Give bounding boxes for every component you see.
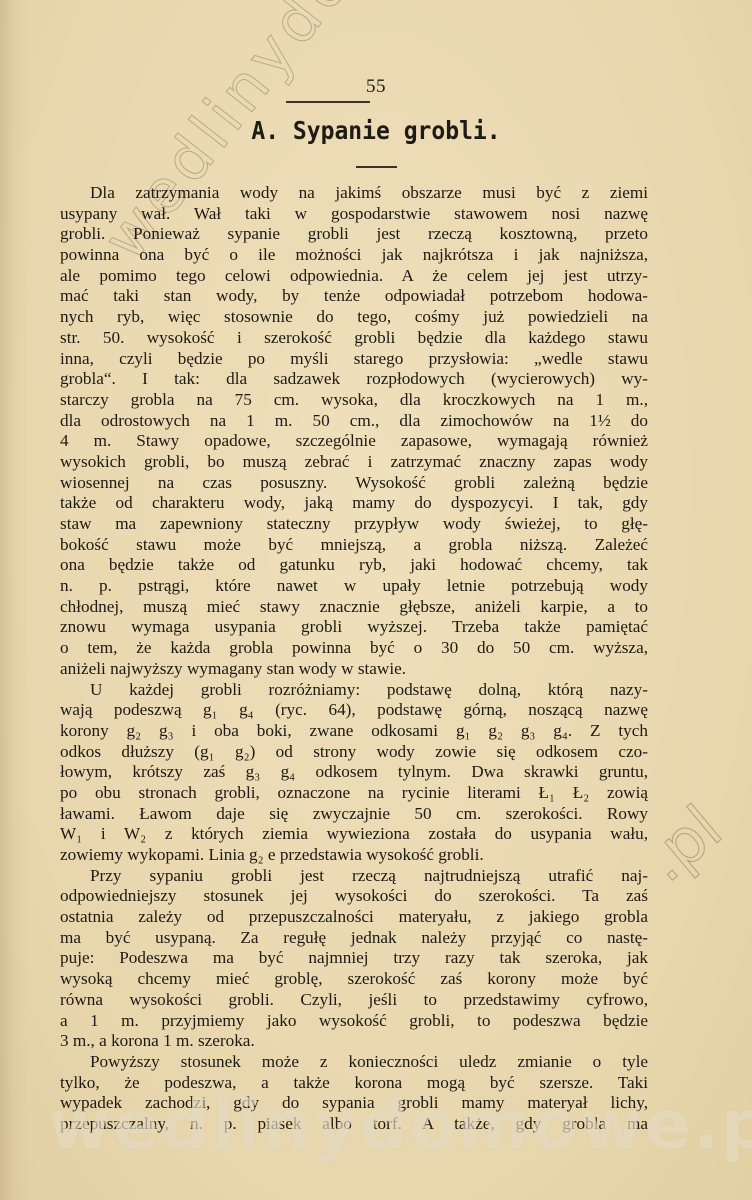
text-line: równa wysokości grobli. Czyli, jeśli to … xyxy=(60,990,648,1011)
text-line: usypany wał. Wał taki w gospodarstwie st… xyxy=(60,204,648,225)
text-line: a 1 m. przyjmiemy jako wysokość grobli, … xyxy=(60,1011,648,1032)
text-line: odpowiedniejszy stosunek jej wysokości d… xyxy=(60,886,648,907)
paragraph-1: Dla zatrzymania wody na jakimś obszarze … xyxy=(60,183,648,680)
paragraph-2: U każdej grobli rozróżniamy: podstawę do… xyxy=(60,680,648,866)
text-line: także od charakteru wody, jaką mamy do d… xyxy=(60,493,648,514)
text-line: wypadek zachodzi, gdy do sypania grobli … xyxy=(60,1093,648,1114)
title-rule xyxy=(356,166,397,168)
text-line: ale pomimo tego celowi odpowiednia. A że… xyxy=(60,266,648,287)
text-line: wiosennej na czas posuszny. Wysokość gro… xyxy=(60,473,648,494)
text-line: wysoką chcemy mieć groblę, szerokość zaś… xyxy=(60,969,648,990)
text-line: puje: Podeszwa ma być najmniej trzy razy… xyxy=(60,948,648,969)
text-line: korony g₂ g₃ i oba boki, zwane odkosami … xyxy=(60,721,648,742)
text-line: wysokich grobli, bo muszą zebrać i zatrz… xyxy=(60,452,648,473)
text-line: po obu stronach grobli, oznaczone na ryc… xyxy=(60,783,648,804)
text-line: 4 m. Stawy opadowe, szczególnie zapasowe… xyxy=(60,431,648,452)
text-line: Powyższy stosunek może z konieczności ul… xyxy=(60,1052,648,1073)
text-line: o tem, że każda grobla powinna być o 30 … xyxy=(60,638,648,659)
text-line: starczy grobla na 75 cm. wysoka, dla kro… xyxy=(60,390,648,411)
text-line: mać taki stan wody, by tenże odpowiadał … xyxy=(60,286,648,307)
text-line: ostatnia zależy od przepuszczalności mat… xyxy=(60,907,648,928)
text-line: inna, czyli będzie po myśli starego przy… xyxy=(60,349,648,370)
paragraph-3: Przy sypaniu grobli jest rzeczą najtrudn… xyxy=(60,866,648,1052)
text-line: nych ryb, więc stosownie do tego, cośmy … xyxy=(60,307,648,328)
text-line: zowiemy wykopami. Linia g₂ e przedstawia… xyxy=(60,845,648,866)
section-title: A. Sypanie grobli. xyxy=(30,116,722,145)
page-number: 55 xyxy=(0,76,752,98)
page-number-rule xyxy=(286,101,370,103)
text-line: W₁ i W₂ z których ziemia wywieziona zost… xyxy=(60,824,648,845)
text-line: 3 m., a korona 1 m. szeroka. xyxy=(60,1031,648,1052)
text-line: wają podeszwą g₁ g₄ (ryc. 64), podstawę … xyxy=(60,700,648,721)
text-line: n. p. pstrągi, które nawet w upały letni… xyxy=(60,576,648,597)
text-line: aniżeli najwyższy wymagany stan wody w s… xyxy=(60,659,648,680)
paragraph-4: Powyższy stosunek może z konieczności ul… xyxy=(60,1052,648,1135)
text-line: Dla zatrzymania wody na jakimś obszarze … xyxy=(60,183,648,204)
text-line: znowu wymaga usypania grobli wyższej. Tr… xyxy=(60,617,648,638)
text-line: odkos dłuższy (g₁ g₂) od strony wody zow… xyxy=(60,742,648,763)
book-page: 55 A. Sypanie grobli. wedlinydomowe .pl … xyxy=(0,0,752,1200)
text-line: bokość stawu może być mniejszą, a grobla… xyxy=(60,535,648,556)
text-line: ma być usypaną. Za regułę jednak należy … xyxy=(60,928,648,949)
text-line: grobla“. I tak: dla sadzawek rozpłodowyc… xyxy=(60,369,648,390)
text-line: łowym, krótszy zaś g₃ g₄ odkosem tylnym.… xyxy=(60,762,648,783)
text-line: tylko, że podeszwa, a także korona mogą … xyxy=(60,1073,648,1094)
text-line: grobli. Ponieważ sypanie grobli jest rze… xyxy=(60,224,648,245)
text-line: dla odrostowych na 1 m. 50 cm., dla zimo… xyxy=(60,411,648,432)
text-line: chłodnej, muszą mieć stawy znacznie głęb… xyxy=(60,597,648,618)
text-line: staw ma zapewniony stateczny przypływ wo… xyxy=(60,514,648,535)
text-line: ławami. Ławom daje się zwyczajnie 50 cm.… xyxy=(60,804,648,825)
body-text: Dla zatrzymania wody na jakimś obszarze … xyxy=(60,183,648,1135)
text-line: Przy sypaniu grobli jest rzeczą najtrudn… xyxy=(60,866,648,887)
text-line: str. 50. wysokość i szerokość grobli będ… xyxy=(60,328,648,349)
text-line: powinna ona być o ile możności jak najkr… xyxy=(60,245,648,266)
text-line: ona będzie także od gatunku ryb, jaki ho… xyxy=(60,555,648,576)
text-line: U każdej grobli rozróżniamy: podstawę do… xyxy=(60,680,648,701)
text-line: przepuszczalny, n. p. piasek albo torf. … xyxy=(60,1114,648,1135)
